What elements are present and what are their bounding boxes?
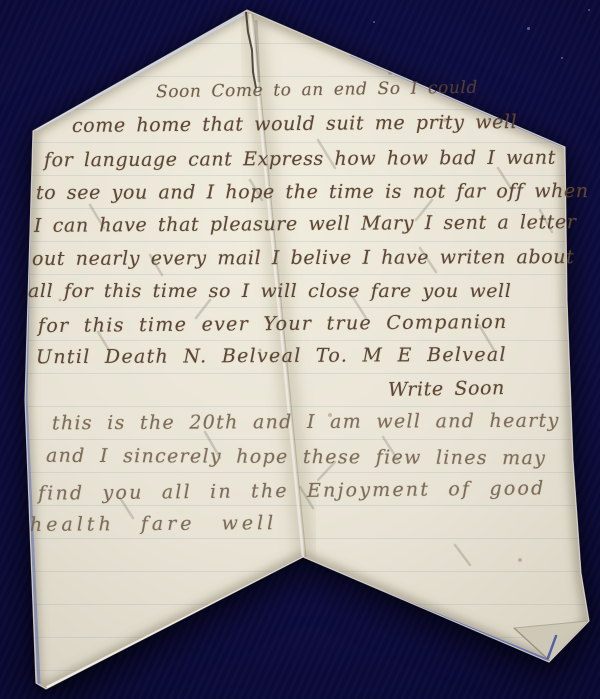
letter-paper bbox=[0, 0, 600, 699]
ruled-lines bbox=[0, 0, 600, 699]
photograph-of-letter: Soon Come to an end So I could come home… bbox=[0, 0, 600, 699]
